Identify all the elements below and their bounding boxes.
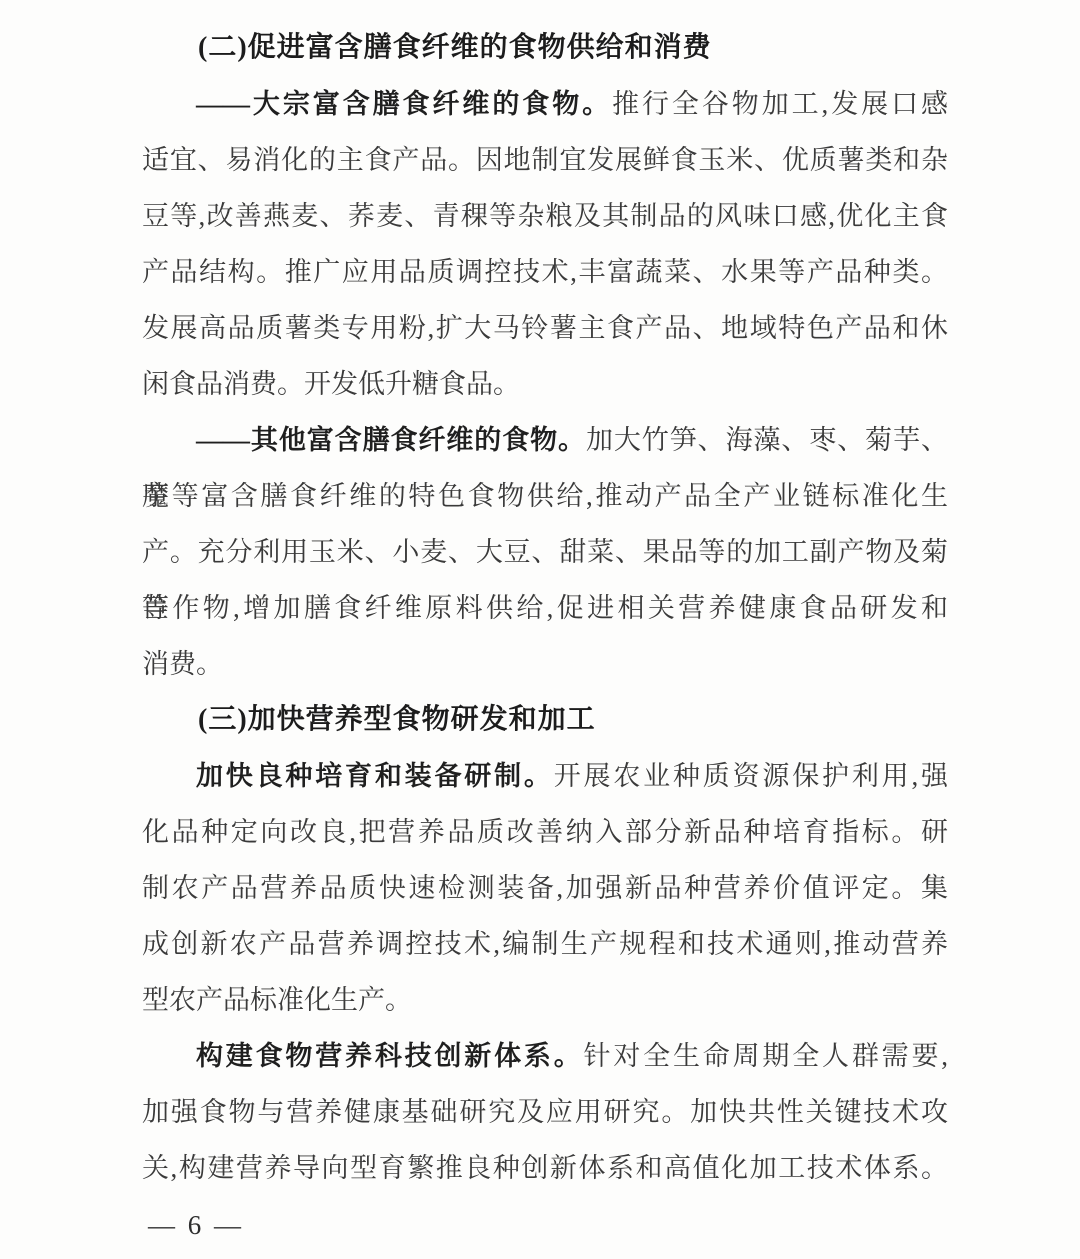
paragraph-first-line: 构建食物营养科技创新体系。针对全生命周期全人群需要, [142,1028,948,1084]
paragraph-lead: 构建食物营养科技创新体系。 [196,1041,584,1071]
text-line: 加强食物与营养健康基础研究及应用研究。加快共性关键技术攻 [142,1084,948,1140]
paragraph-text: 开展农业种质资源保护利用,强 [554,761,948,791]
text-line: 发展高品质薯类专用粉,扩大马铃薯主食产品、地域特色产品和休 [142,300,948,356]
text-line: 产品结构。推广应用品质调控技术,丰富蔬菜、水果等产品种类。 [142,244,948,300]
paragraph-last-line: 消费。 [142,636,948,692]
paragraph-first-line: ——其他富含膳食纤维的食物。加大竹笋、海藻、枣、菊芋、魔 [142,412,948,468]
document-page: (二)促进富含膳食纤维的食物供给和消费 ——大宗富含膳食纤维的食物。推行全谷物加… [0,0,1080,1259]
paragraph-first-line: ——大宗富含膳食纤维的食物。推行全谷物加工,发展口感 [142,76,948,132]
section-heading: (二)促进富含膳食纤维的食物供给和消费 [142,20,948,76]
paragraph-text: 针对全生命周期全人群需要, [584,1041,948,1071]
text-block: (二)促进富含膳食纤维的食物供给和消费 ——大宗富含膳食纤维的食物。推行全谷物加… [142,20,948,1196]
text-line: 产。充分利用玉米、小麦、大豆、甜菜、果品等的加工副产物及菊苣 [142,524,948,580]
paragraph-last-line: 型农产品标准化生产。 [142,972,948,1028]
paragraph-last-line: 闲食品消费。开发低升糖食品。 [142,356,948,412]
section-heading: (三)加快营养型食物研发和加工 [142,692,948,748]
paragraph-lead: ——其他富含膳食纤维的食物。 [196,425,586,455]
page-number: — 6 — [148,1202,244,1248]
paragraph-lead: ——大宗富含膳食纤维的食物。 [196,89,612,119]
text-line: 豆等,改善燕麦、荞麦、青稞等杂粮及其制品的风味口感,优化主食 [142,188,948,244]
paragraph-lead: 加快良种培育和装备研制。 [196,761,554,791]
text-line: 适宜、易消化的主食产品。因地制宜发展鲜食玉米、优质薯类和杂 [142,132,948,188]
text-line: 芋等富含膳食纤维的特色食物供给,推动产品全产业链标准化生 [142,468,948,524]
text-line: 化品种定向改良,把营养品质改善纳入部分新品种培育指标。研 [142,804,948,860]
paragraph-text: 推行全谷物加工,发展口感 [612,89,948,119]
text-line: 关,构建营养导向型育繁推良种创新体系和高值化加工技术体系。 [142,1140,948,1196]
text-line: 等作物,增加膳食纤维原料供给,促进相关营养健康食品研发和 [142,580,948,636]
text-line: 制农产品营养品质快速检测装备,加强新品种营养价值评定。集 [142,860,948,916]
paragraph-first-line: 加快良种培育和装备研制。开展农业种质资源保护利用,强 [142,748,948,804]
text-line: 成创新农产品营养调控技术,编制生产规程和技术通则,推动营养 [142,916,948,972]
